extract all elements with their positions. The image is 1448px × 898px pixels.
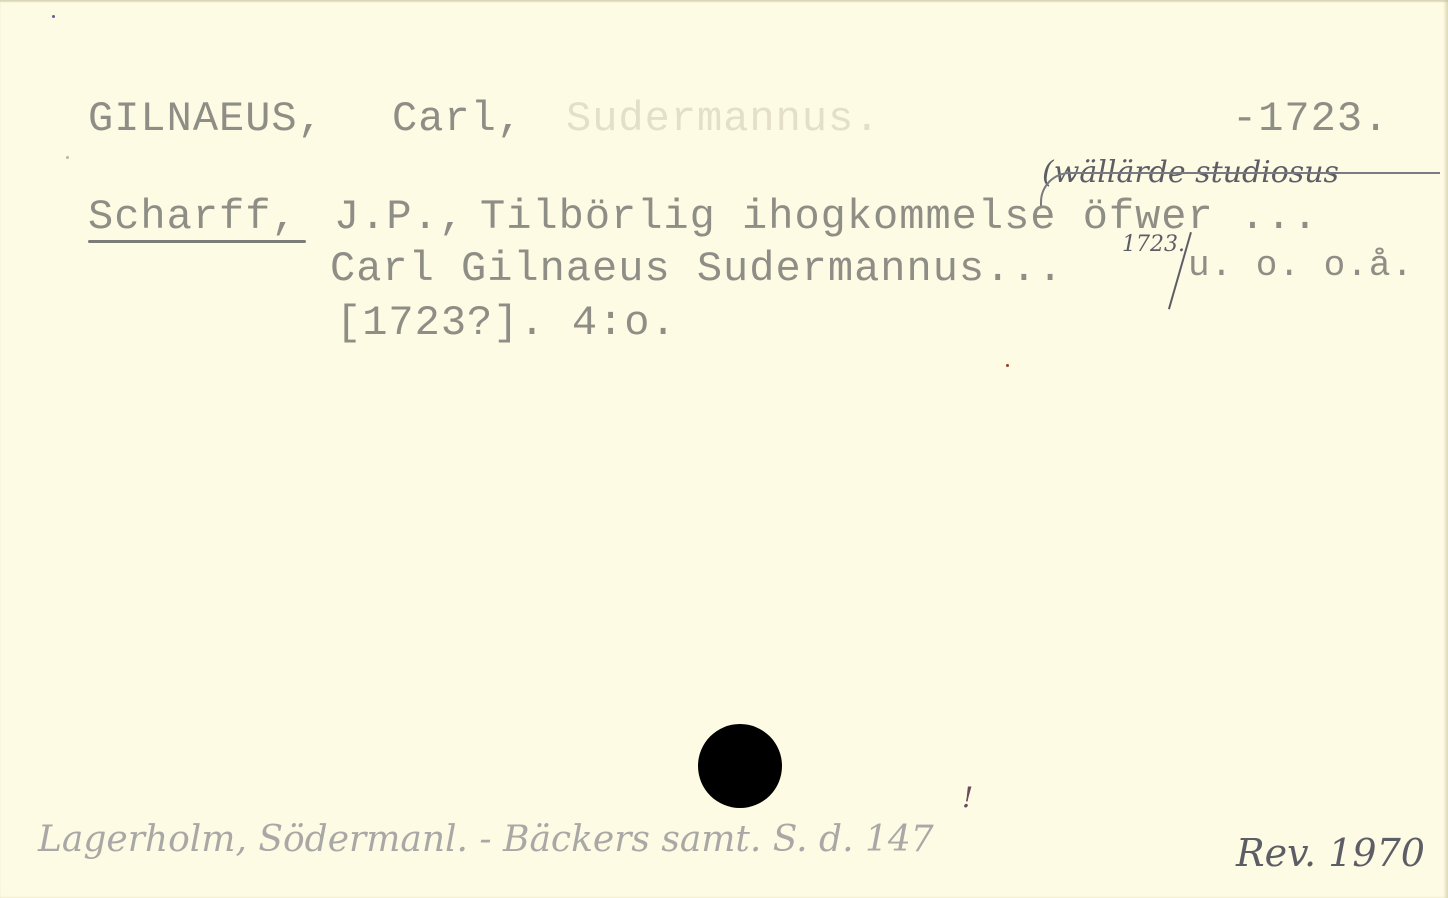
- revision-note: Rev. 1970: [1236, 834, 1425, 872]
- speck: [1006, 364, 1009, 367]
- heading-given-name: Carl,: [392, 98, 523, 140]
- heading-date: -1723.: [1232, 98, 1389, 140]
- provenance-note: Lagerholm, Södermanl. - Bäckers samt. S.…: [38, 822, 934, 858]
- heading-faded-epithet: Sudermannus.: [566, 98, 880, 140]
- handwritten-year: 1723.: [1122, 234, 1185, 256]
- heading-surname: GILNAEUS,: [88, 98, 324, 140]
- entry-imprint-suffix: u. o. o.å.: [1188, 248, 1414, 284]
- entry-initials: J.P.,: [334, 196, 465, 238]
- author-underline: [88, 240, 306, 243]
- exclamation-mark: !: [962, 784, 973, 812]
- entry-imprint: [1723?]. 4:o.: [336, 302, 677, 344]
- entry-author: Scharff,: [88, 196, 298, 238]
- punch-hole: [698, 724, 782, 808]
- entry-title-line1: Tilbörlig ihogkommelse öfwer ...: [480, 196, 1319, 238]
- catalog-card: GILNAEUS, Carl, Sudermannus. -1723. (wäl…: [0, 0, 1448, 898]
- speck: [66, 156, 69, 159]
- speck: [52, 15, 55, 18]
- entry-title-line2: Carl Gilnaeus Sudermannus...: [330, 248, 1064, 290]
